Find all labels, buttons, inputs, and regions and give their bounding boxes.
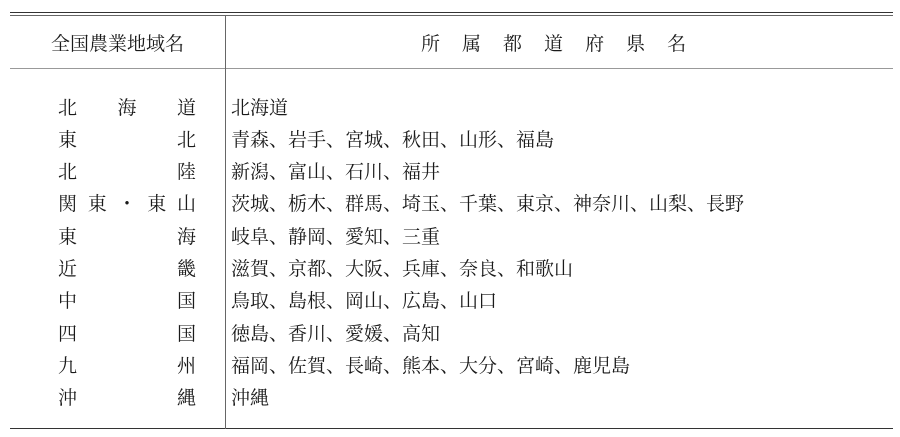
region-char: 関: [58, 189, 77, 216]
prefecture-list: 青森、岩手、宮城、秋田、山形、福島: [231, 122, 554, 154]
region-char: 国: [177, 319, 196, 346]
table-row: 近畿滋賀、京都、大阪、兵庫、奈良、和歌山: [10, 251, 893, 283]
region-name: 関東・東山: [58, 187, 196, 219]
region-char: 東: [58, 222, 77, 249]
region-char: 山: [177, 189, 196, 216]
region-char: 東: [147, 189, 166, 216]
header-rule: [10, 68, 893, 69]
region-char: 北: [58, 93, 77, 120]
region-name: 九州: [58, 348, 196, 380]
column-header-region: 全国農業地域名: [10, 16, 225, 68]
column-header-prefectures: 所属都道府県名: [226, 16, 893, 68]
table-row: 四国徳島、香川、愛媛、高知: [10, 316, 893, 348]
region-char: 北: [177, 125, 196, 152]
region-char: 道: [177, 93, 196, 120]
region-char: 州: [177, 351, 196, 378]
prefecture-list: 徳島、香川、愛媛、高知: [231, 316, 440, 348]
region-char: 沖: [58, 383, 77, 410]
region-char: 九: [58, 351, 77, 378]
header-char: 県: [626, 29, 645, 56]
region-name: 東北: [58, 122, 196, 154]
region-char: 東: [58, 125, 77, 152]
table-row: 沖縄沖縄: [10, 381, 893, 413]
table-row: 東北青森、岩手、宮城、秋田、山形、福島: [10, 122, 893, 154]
region-char: 畿: [177, 254, 196, 281]
region-char: 中: [58, 286, 77, 313]
region-name: 北海道: [58, 90, 196, 122]
table-row: 北陸新潟、富山、石川、福井: [10, 155, 893, 187]
table-row: 関東・東山茨城、栃木、群馬、埼玉、千葉、東京、神奈川、山梨、長野: [10, 187, 893, 219]
header-char: 道: [544, 29, 563, 56]
region-name: 北陸: [58, 155, 196, 187]
region-name: 中国: [58, 284, 196, 316]
prefecture-list: 新潟、富山、石川、福井: [231, 155, 440, 187]
table-row: 九州福岡、佐賀、長崎、熊本、大分、宮崎、鹿児島: [10, 348, 893, 380]
region-name: 東海: [58, 219, 196, 251]
region-char: 北: [58, 157, 77, 184]
region-char: 国: [177, 286, 196, 313]
prefecture-list: 岐阜、静岡、愛知、三重: [231, 219, 440, 251]
table-body: 北海道北海道東北青森、岩手、宮城、秋田、山形、福島北陸新潟、富山、石川、福井関東…: [10, 90, 893, 413]
table-row: 東海岐阜、静岡、愛知、三重: [10, 219, 893, 251]
column-header-prefectures-text: 所属都道府県名: [421, 29, 686, 56]
header-char: 所: [421, 29, 440, 56]
region-char: 海: [177, 222, 196, 249]
region-char: 縄: [177, 383, 196, 410]
prefecture-list: 茨城、栃木、群馬、埼玉、千葉、東京、神奈川、山梨、長野: [231, 187, 744, 219]
prefecture-list: 滋賀、京都、大阪、兵庫、奈良、和歌山: [231, 251, 573, 283]
region-char: 海: [117, 93, 136, 120]
prefecture-list: 鳥取、島根、岡山、広島、山口: [231, 284, 497, 316]
header-char: 属: [462, 29, 481, 56]
table-row: 北海道北海道: [10, 90, 893, 122]
prefecture-list: 北海道: [231, 90, 288, 122]
agricultural-regions-table: 全国農業地域名 所属都道府県名 北海道北海道東北青森、岩手、宮城、秋田、山形、福…: [10, 12, 893, 429]
table-row: 中国鳥取、島根、岡山、広島、山口: [10, 284, 893, 316]
region-char: 陸: [177, 157, 196, 184]
region-name: 近畿: [58, 251, 196, 283]
region-char: 四: [58, 319, 77, 346]
header-char: 都: [503, 29, 522, 56]
top-rule: [10, 12, 893, 13]
bottom-rule: [10, 428, 893, 429]
region-char: ・: [117, 189, 136, 216]
prefecture-list: 福岡、佐賀、長崎、熊本、大分、宮崎、鹿児島: [231, 348, 630, 380]
region-char: 東: [88, 189, 107, 216]
header-char: 府: [585, 29, 604, 56]
region-name: 四国: [58, 316, 196, 348]
prefecture-list: 沖縄: [231, 381, 269, 413]
region-name: 沖縄: [58, 381, 196, 413]
header-char: 名: [667, 29, 686, 56]
region-char: 近: [58, 254, 77, 281]
